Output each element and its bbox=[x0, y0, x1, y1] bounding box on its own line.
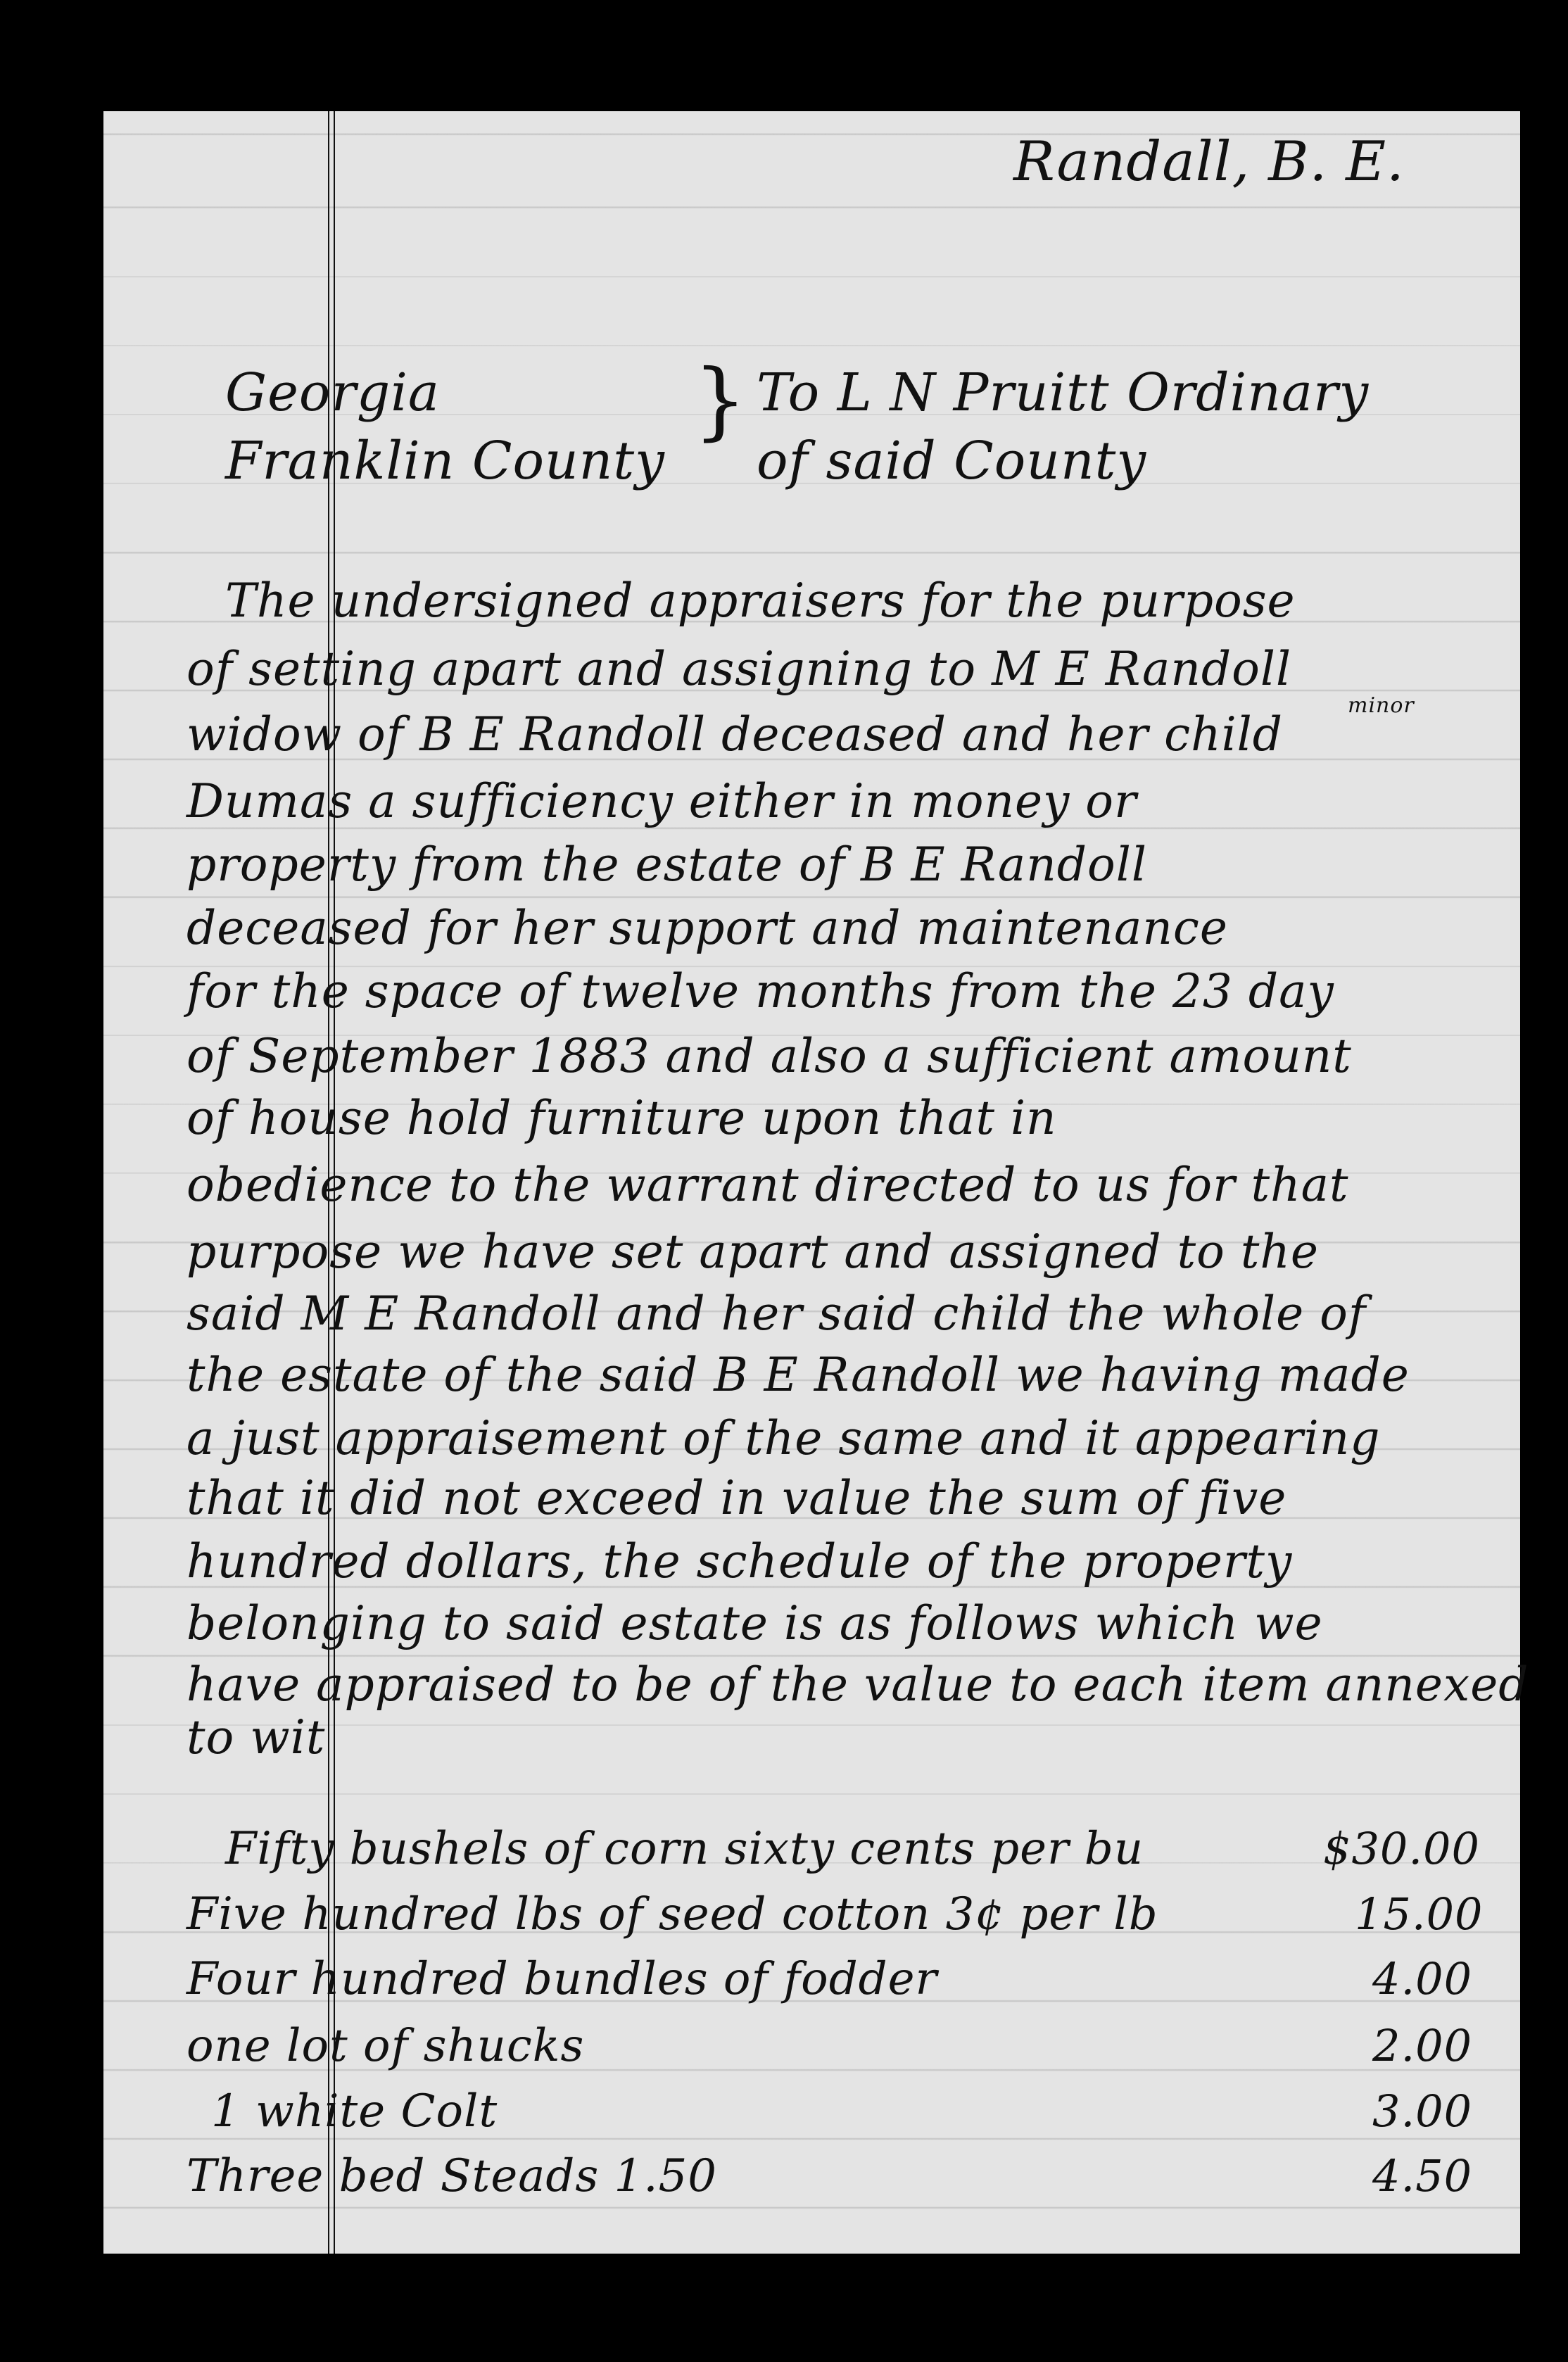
body-line-6: deceased for her support and maintenance bbox=[186, 901, 1228, 955]
body-line-19: to wit bbox=[186, 1710, 325, 1764]
schedule-item-3-description: Four hundred bundles of fodder bbox=[186, 1953, 937, 2005]
schedule-item-5-description: 1 white Colt bbox=[211, 2085, 498, 2137]
schedule-item-3-amount: 4.00 bbox=[1372, 1953, 1472, 2004]
body-line-13: the estate of the said B E Randoll we ha… bbox=[186, 1348, 1410, 1402]
caption-addressee-2: of said County bbox=[757, 431, 1146, 491]
body-line-10: obedience to the warrant directed to us … bbox=[186, 1158, 1349, 1212]
body-line-4: Dumas a sufficiency either in money or bbox=[186, 774, 1137, 828]
schedule-item-5-amount: 3.00 bbox=[1372, 2085, 1472, 2137]
schedule-item-4-amount: 2.00 bbox=[1372, 2020, 1472, 2071]
caption-county: Franklin County bbox=[225, 431, 665, 491]
body-line-7: for the space of twelve months from the … bbox=[186, 964, 1334, 1018]
body-line-15: that it did not exceed in value the sum … bbox=[186, 1471, 1286, 1525]
body-line-3: widow of B E Randoll deceased and her ch… bbox=[186, 707, 1283, 762]
body-line-8: of September 1883 and also a sufficient … bbox=[186, 1029, 1352, 1083]
body-line-2: of setting apart and assigning to M E Ra… bbox=[186, 642, 1291, 696]
body-line-12: said M E Randoll and her said child the … bbox=[186, 1287, 1366, 1341]
caption-state: Georgia bbox=[225, 362, 440, 423]
schedule-item-6-amount: 4.50 bbox=[1372, 2150, 1472, 2202]
schedule-item-2-description: Five hundred lbs of seed cotton 3¢ per l… bbox=[186, 1888, 1158, 1940]
interlinear-insertion: minor bbox=[1348, 693, 1415, 718]
body-line-18: have appraised to be of the value to eac… bbox=[186, 1657, 1529, 1712]
schedule-item-1-description: Fifty bushels of corn sixty cents per bu bbox=[225, 1823, 1144, 1875]
caption-brace: } bbox=[693, 352, 747, 450]
currency-symbol: $ bbox=[1323, 1823, 1351, 1874]
body-line-16: hundred dollars, the schedule of the pro… bbox=[186, 1534, 1292, 1589]
schedule-item-6-description: Three bed Steads 1.50 bbox=[186, 2150, 717, 2202]
schedule-item-1-amount: $30.00 bbox=[1323, 1823, 1480, 1874]
body-line-5: property from the estate of B E Randoll bbox=[186, 838, 1147, 892]
body-line-11: purpose we have set apart and assigned t… bbox=[186, 1225, 1319, 1279]
schedule-item-4-description: one lot of shucks bbox=[186, 2020, 584, 2072]
body-line-9: of house hold furniture upon that in bbox=[186, 1091, 1057, 1145]
caption-addressee-1: To L N Pruitt Ordinary bbox=[757, 362, 1369, 423]
body-line-14: a just appraisement of the same and it a… bbox=[186, 1411, 1381, 1465]
body-line-17: belonging to said estate is as follows w… bbox=[186, 1596, 1323, 1650]
body-line-1: The undersigned appraisers for the purpo… bbox=[225, 574, 1296, 628]
schedule-item-2-amount: 15.00 bbox=[1355, 1888, 1484, 1940]
record-header-label: Randall, B. E. bbox=[1013, 130, 1405, 194]
